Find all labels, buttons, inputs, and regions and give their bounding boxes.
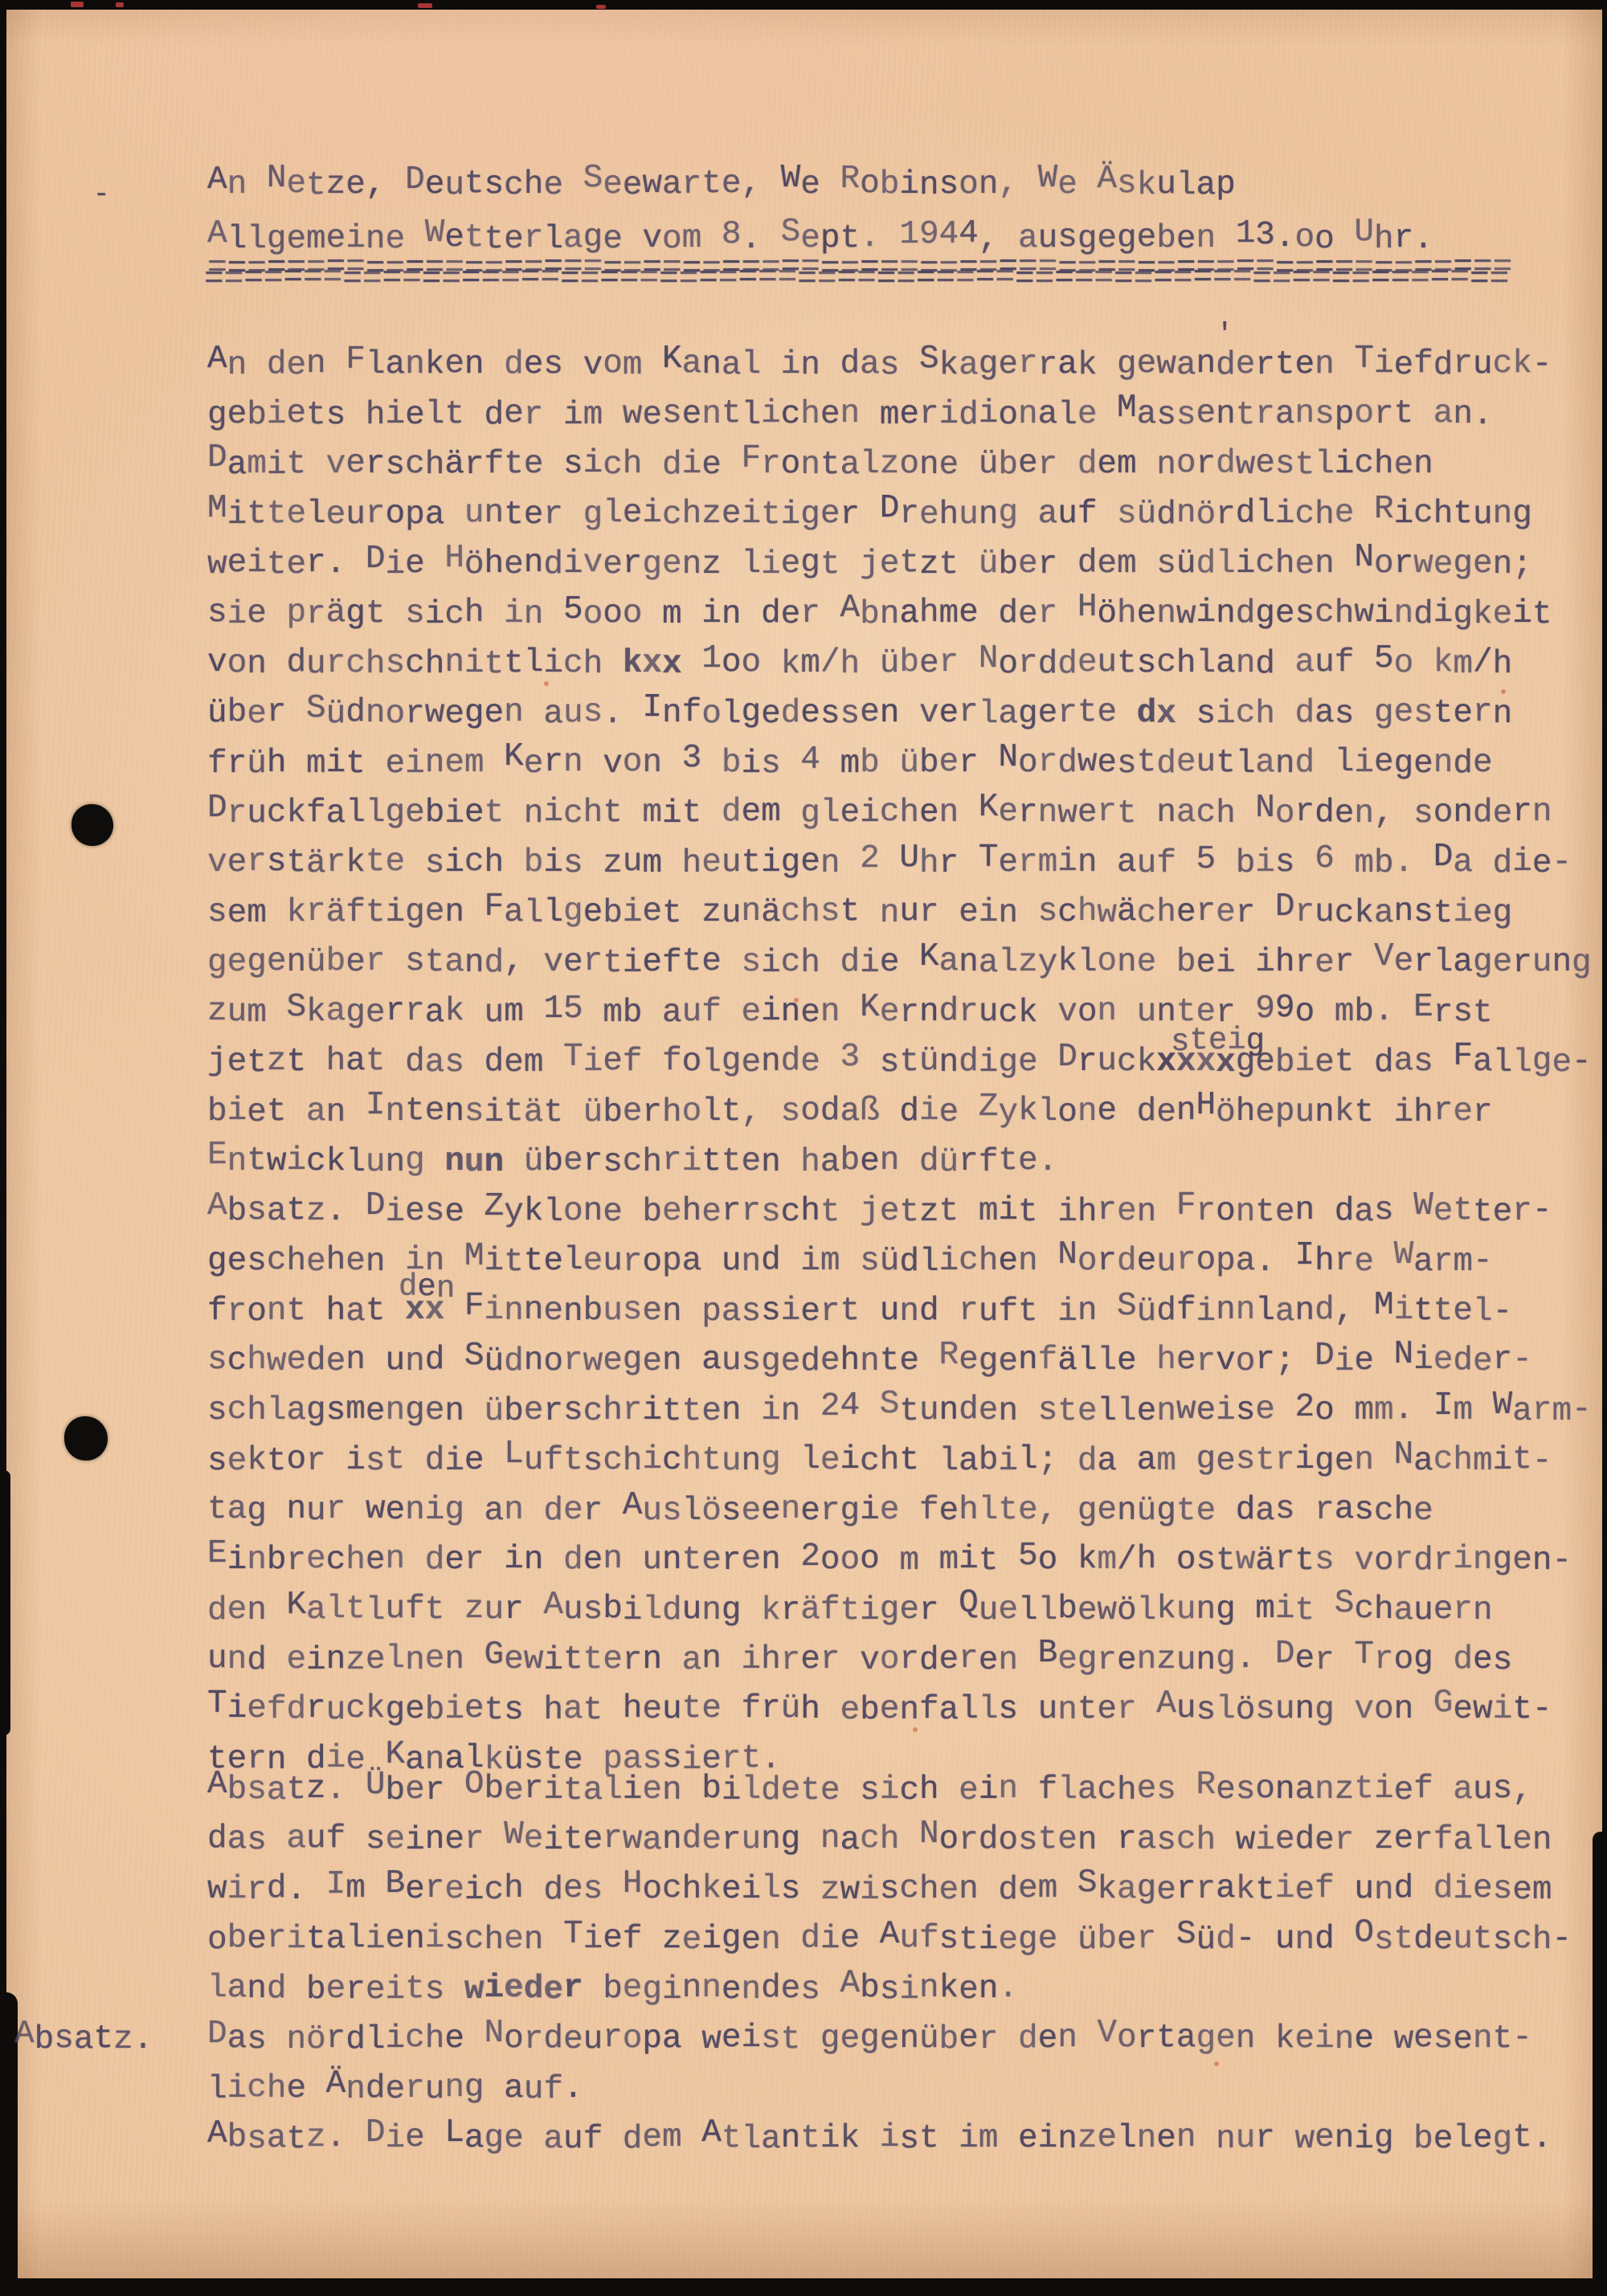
- insertion-den: den: [399, 1273, 455, 1304]
- typed-text: Absatz. Über Oberitalien bildete sich ei…: [207, 1771, 1532, 1808]
- document-line: gebiets hielt der im wesentlichen meridi…: [207, 398, 1493, 431]
- typed-text: über Südnorwegen aus. Infolgedessen verl…: [207, 695, 1137, 732]
- typed-text: An den Flanken des vom Kanal in das Skag…: [207, 346, 1552, 383]
- document-line: und einzelnen Gewittern an ihrer vordere…: [207, 1644, 1512, 1677]
- punch-hole-top: [72, 804, 113, 846]
- document-line: das auf seiner Weiterwanderung nach Nord…: [207, 1824, 1552, 1857]
- typed-text: früh mit einem Kern von 3 bis 4 mb über …: [207, 745, 1493, 782]
- typed-text: liche Änderung auf.: [207, 2070, 583, 2107]
- typed-text: Absatz. Die Lage auf dem Atlantik ist im…: [207, 2120, 1552, 2157]
- scan-background: An Netze, Deutsche Seewarte, We Robinson…: [0, 0, 1607, 2296]
- document-line: oberitalienischen Tief zeigen die Aufsti…: [207, 1923, 1572, 1956]
- red-edge-mark: [596, 5, 606, 9]
- typed-text: 1oo km/h über Norddeutschland auf 5o km/…: [682, 645, 1513, 682]
- document-line: verstärkte sich bis zum heutigen 2 Uhr T…: [207, 847, 1572, 880]
- struck-text: nun: [444, 1143, 504, 1180]
- typed-text: Absatz. Diese Zyklone beherrscht jetzt m…: [207, 1193, 1552, 1230]
- header-recipients: An Netze, Deutsche Seewarte, We Robinson…: [207, 169, 1236, 202]
- typed-text: oberitalienischen Tief zeigen die Aufsti…: [207, 1921, 1572, 1958]
- typed-text: land bereits: [207, 1971, 464, 2008]
- header-underline-row2: ========================================…: [204, 263, 1509, 296]
- scan-edge-shadow-right-bottom: [1593, 1832, 1607, 2296]
- document-line: Absatz. Über Oberitalien bildete sich ei…: [207, 1774, 1532, 1807]
- document-line: von durchschnittlich kxx 1oo km/h über N…: [207, 648, 1512, 680]
- paper-speck: [544, 681, 549, 686]
- typed-text: verstärkte sich bis zum heutigen 2 Uhr T…: [207, 844, 1572, 881]
- document-line: Tiefdruckgebiets hat heute früh ebenfall…: [207, 1693, 1552, 1726]
- typed-text: sie prägt sich in 5ooo m in der Abnahme …: [207, 595, 1552, 632]
- document-line: Druckfallgebiet nicht mit dem gleichen K…: [207, 797, 1552, 830]
- struck-text: wieder: [464, 1971, 583, 2008]
- typed-text: überschritten haben dürfte.: [504, 1143, 1057, 1180]
- document-line: weiter. Die Höhendivergenz liegt jetzt ü…: [207, 548, 1532, 581]
- stray-mark: -: [93, 182, 109, 209]
- paper-speck: [1214, 2061, 1219, 2066]
- typed-text: gebiet das Fallge-: [1236, 1044, 1592, 1081]
- document-line: sie prägt sich in 5ooo m in der Abnahme …: [207, 598, 1552, 631]
- document-line: biet an Intensität überholt, sodaß die Z…: [207, 1096, 1493, 1129]
- typed-text: schlagsmengen überschritten in 24 Stunde…: [207, 1392, 1592, 1429]
- document-line: gegenüber stand, vertiefte sich die Kana…: [207, 946, 1592, 979]
- document-line: sem kräftigen Fallgebiet zunächst nur ei…: [207, 897, 1512, 929]
- document-line: schlagsmengen überschritten in 24 Stunde…: [207, 1395, 1592, 1428]
- document-line: Einbrechen der in den unteren 2ooo m mit…: [207, 1544, 1572, 1577]
- typed-text: von durchschnittlich: [207, 645, 623, 682]
- typed-text: Das nördliche Nordeuropa weist gegenüber…: [207, 2020, 1532, 2057]
- typed-text: und einzelnen Gewittern an ihrer vordere…: [207, 1641, 1512, 1678]
- scan-edge-shadow-left-mid: [0, 1470, 10, 1735]
- typed-text: biet an Intensität überholt, sodaß die Z…: [207, 1093, 1493, 1130]
- red-edge-mark: [116, 2, 124, 7]
- document-line: Absatz. Die Lage auf dem Atlantik ist im…: [207, 2122, 1552, 2155]
- typed-text: Damit verschärfte sich die Frontalzone ü…: [207, 446, 1433, 483]
- typed-text: Entwicklung: [207, 1143, 444, 1180]
- paper-speck: [794, 998, 799, 1003]
- document-line: über Südnorwegen aus. Infolgedessen verl…: [207, 697, 1512, 730]
- typed-text: front hat: [207, 1293, 405, 1330]
- document-line: land bereits wieder beginnendes Absinken…: [207, 1973, 1018, 2006]
- typed-text: das auf seiner Weiterwanderung nach Nord…: [207, 1821, 1552, 1858]
- typed-text: schweden und Südnorwegen ausgedehnte Reg…: [207, 1342, 1532, 1379]
- typed-text: wird. Im Bereich des Hochkeils zwischen …: [207, 1871, 1552, 1908]
- typed-text: sem kräftigen Fallgebiet zunächst nur ei…: [207, 894, 1512, 931]
- typed-text: Finnenbusen passiert und ruft in Südfinn…: [444, 1293, 1512, 1330]
- document-line: Das nördliche Nordeuropa weist gegenüber…: [207, 2023, 1532, 2056]
- document-line: Damit verschärfte sich die Frontalzone ü…: [207, 448, 1433, 481]
- document-line: An den Flanken des vom Kanal in das Skag…: [207, 349, 1552, 382]
- document-line: sektor ist die Luftschichtung leicht lab…: [207, 1444, 1552, 1477]
- document-line: jetzt hat das dem Tief folgende 3 stündi…: [207, 1046, 1592, 1079]
- typed-text: gegenüber stand, vertiefte sich die Kana…: [207, 944, 1592, 981]
- document-line: Mitteleuropa unter gleichzeitiger Drehun…: [207, 498, 1532, 531]
- red-edge-mark: [71, 2, 84, 7]
- document-line: wird. Im Bereich des Hochkeils zwischen …: [207, 1873, 1552, 1906]
- paper-speck: [913, 1727, 918, 1732]
- insertion-steig: steig: [1171, 1026, 1265, 1057]
- typed-text: tag nur wenig an der Auslöseenergie fehl…: [207, 1492, 1433, 1529]
- typed-text: jetzt hat das dem Tief folgende 3 stündi…: [207, 1044, 1156, 1081]
- document-line: den Kaltluft zur Ausbildung kräftiger Qu…: [207, 1594, 1493, 1627]
- document-line: liche Änderung auf.: [207, 2073, 583, 2106]
- typed-text: Einbrechen der in den unteren 2ooo m mit…: [207, 1542, 1572, 1579]
- typed-text: weiter. Die Höhendivergenz liegt jetzt ü…: [207, 545, 1532, 582]
- typed-text: beginnendes Absinken.: [583, 1971, 1018, 2008]
- document-line: früh mit einem Kern von 3 bis 4 mb über …: [207, 747, 1493, 780]
- typed-text: Druckfallgebiet nicht mit dem gleichen K…: [207, 795, 1552, 831]
- typed-text: Tiefdruckgebiets hat heute früh ebenfall…: [207, 1691, 1552, 1728]
- document-line: zum Skagerrak um 15 mb auf einen Kerndru…: [207, 996, 1493, 1029]
- typed-text: zum Skagerrak um 15 mb auf einen Kerndru…: [207, 994, 1493, 1031]
- typed-text: den Kaltluft zur Ausbildung kräftiger Qu…: [207, 1591, 1493, 1628]
- document-line: Entwicklung nun überschritten haben dürf…: [207, 1146, 1057, 1179]
- red-edge-mark: [418, 3, 432, 8]
- document-line: schweden und Südnorwegen ausgedehnte Reg…: [207, 1345, 1532, 1378]
- typed-text: gebiets hielt der im wesentlichen meridi…: [207, 396, 1493, 433]
- margin-note-absatz: Absatz.: [14, 2023, 153, 2056]
- typed-text: Mitteleuropa unter gleichzeitiger Drehun…: [207, 496, 1532, 533]
- punch-hole-bottom: [64, 1416, 108, 1461]
- paper-speck: [1501, 689, 1506, 694]
- document-line: tag nur wenig an der Auslöseenergie fehl…: [207, 1494, 1433, 1527]
- typed-text: sektor ist die Luftschichtung leicht lab…: [207, 1442, 1552, 1479]
- stray-mark: ': [1216, 321, 1233, 349]
- document-line: Absatz. Diese Zyklone beherrscht jetzt m…: [207, 1195, 1552, 1228]
- struck-text: kxx: [623, 645, 682, 682]
- typed-text: sich das gestern: [1176, 695, 1512, 732]
- struck-text: dx: [1137, 695, 1176, 732]
